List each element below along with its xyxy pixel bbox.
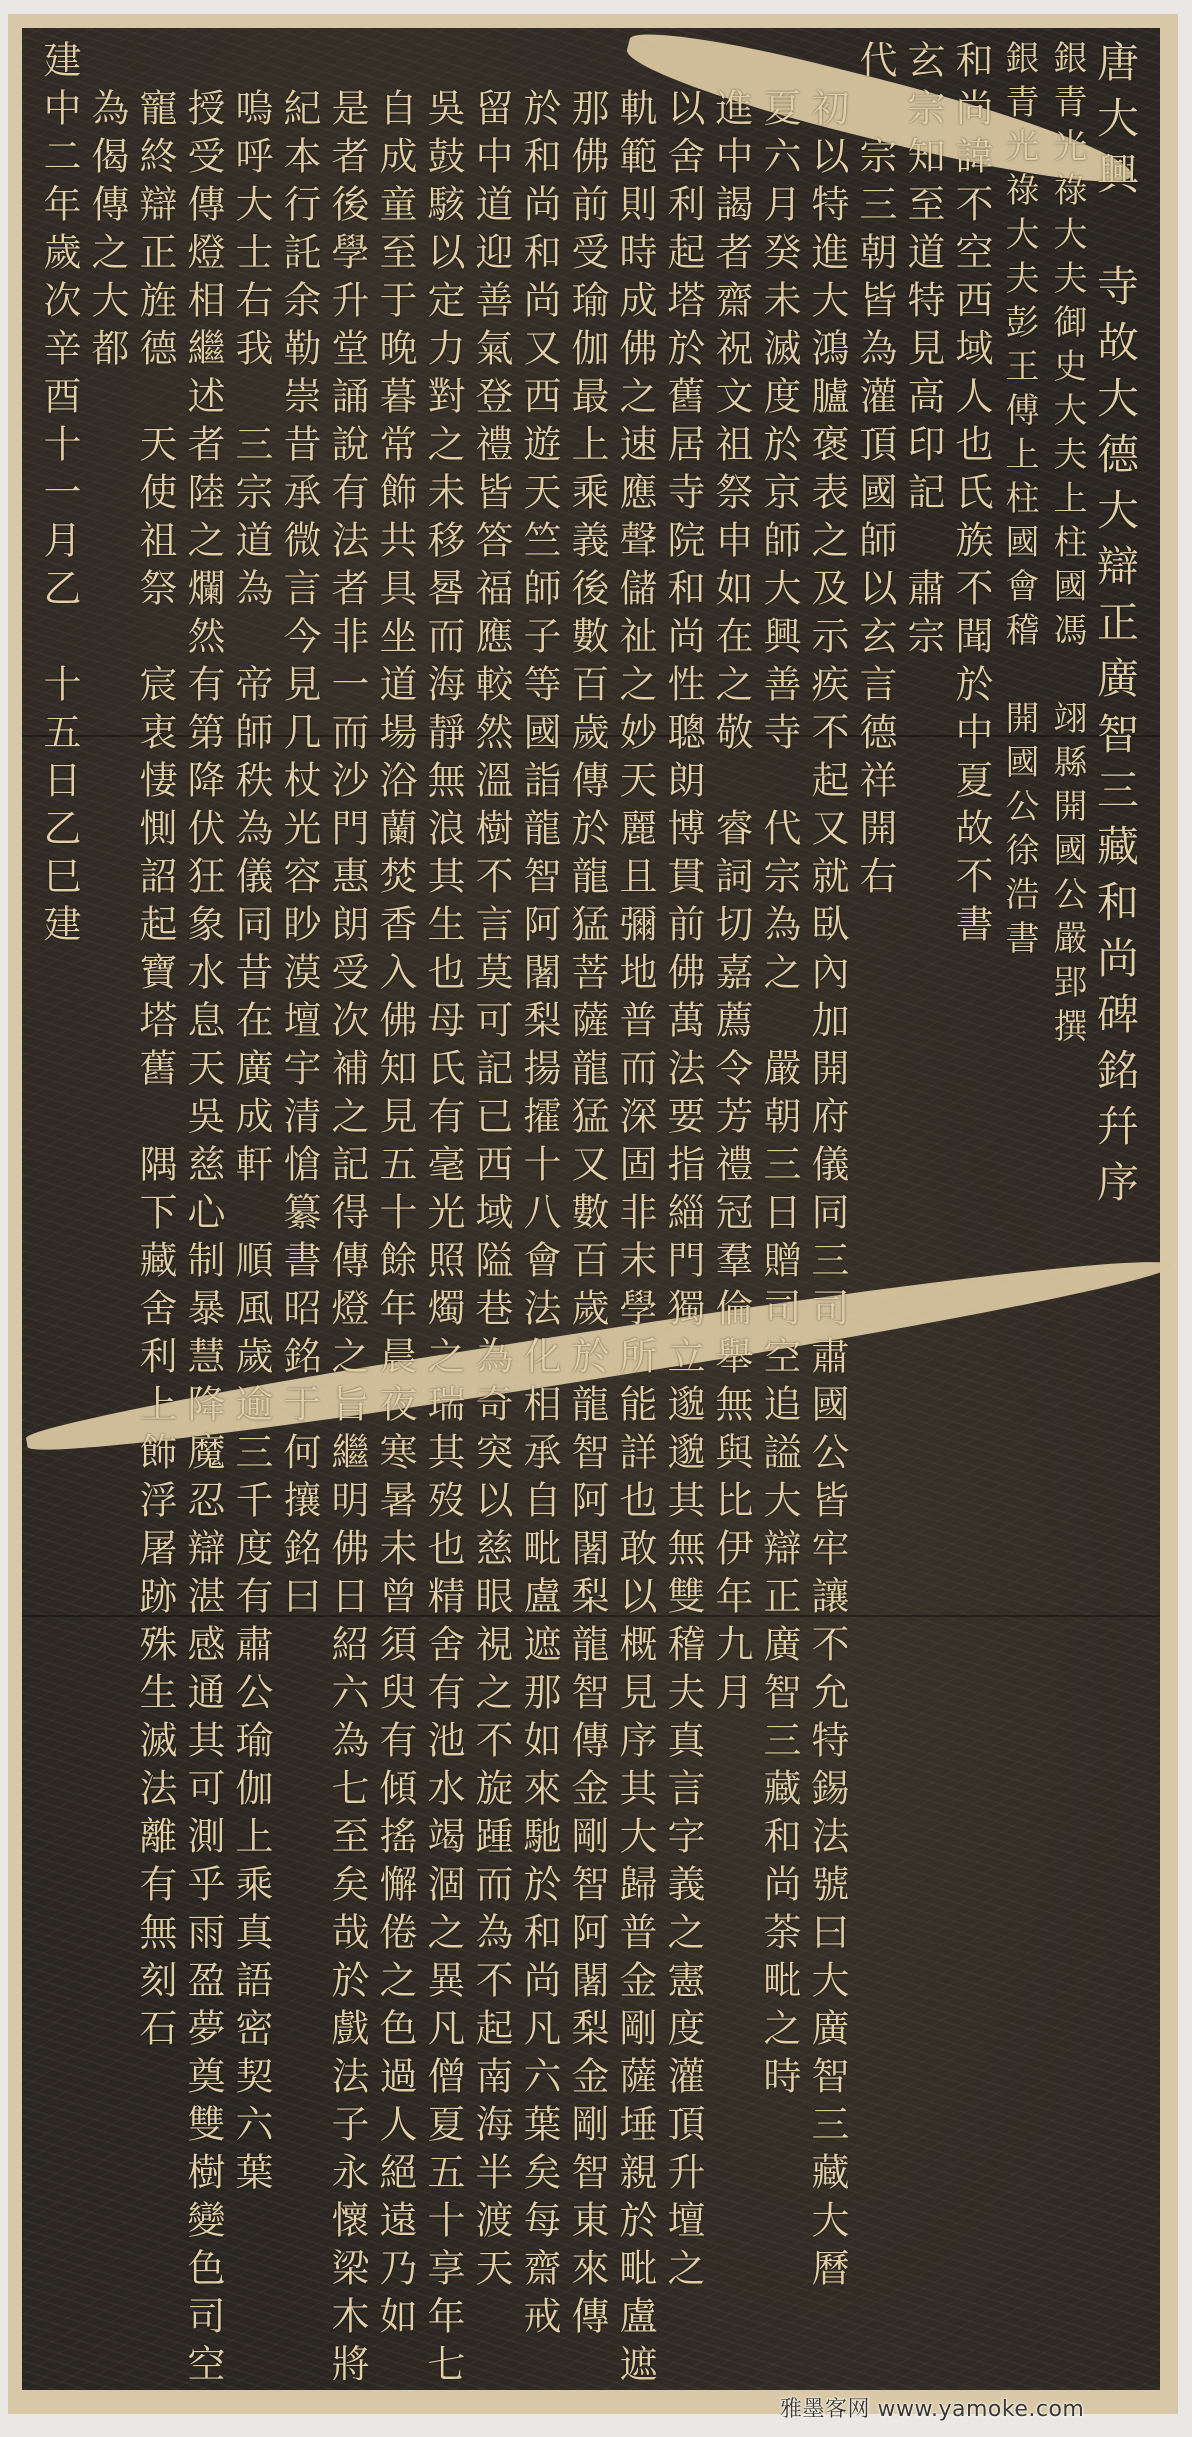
inscription-title-column: 唐大興 寺故大德大辯正廣智三藏和尚碑銘幷序 [1096, 40, 1140, 2380]
inscription-column: 授受傳燈相繼述者陸之爛然有第降伏狂象水息天吳慈心制暴慧降魔忍辯湛感通其可測乎雨盈… [184, 40, 228, 2380]
inscription-column: 玄宗知至道特見高印記 肅宗 [904, 40, 948, 2380]
watermark: 雅墨客网 www.yamoke.com [780, 2392, 1084, 2423]
date-column: 建中二年歲次辛酉十一月乙 十五日乙巳建 [40, 40, 84, 2380]
calligrapher-credit-column: 銀青光祿大夫彭王傅上柱國會稽 開國公徐浩書 [1000, 40, 1044, 2380]
watermark-site-name: 雅墨客网 [780, 2397, 870, 2422]
inscription-column: 那佛前受瑜伽最上乘義後數百歲傳於龍猛菩薩龍猛又數百歲於龍智阿闍梨龍智傳金剛智阿闍… [568, 40, 612, 2380]
inscription-column: 於和尚和尚又西遊天竺師子等國詣龍智阿闍梨揚攉十八會法化相承自毗盧遮那如來馳於和尚… [520, 40, 564, 2380]
inscription-column: 紀本行託余勒崇昔承微言今見几杖光容眇漠壇宇清愴纂書昭銘于何攘銘曰 [280, 40, 324, 2380]
watermark-url: www.yamoke.com [878, 2397, 1085, 2422]
inscription-column: 以舍利起塔於舊居寺院和尚性聰朗博貫前佛萬法要指緇門獨立邈邈其無雙稽夫真言字義之憲… [664, 40, 708, 2380]
inscription-column: 和尚諱不空西域人也氏族不聞於中夏故不書 [952, 40, 996, 2380]
inscription-column: 夏六月癸未滅度於京師大興善寺 代宗為之 嚴朝三日贈司空追謚大辯正廣智三藏和尚荼毗… [760, 40, 804, 2380]
inscription-column: 自成童至于晚暮常飾共具坐道場浴蘭焚香入佛知見五十餘年晨夜寒暑未曾須臾有傾搖懈倦之… [376, 40, 420, 2380]
inscription-column: 留中道迎善氣登禮皆答福應較然溫樹不言莫可記已西域隘巷為奇突以慈眼視之不旋踵而為不… [472, 40, 516, 2380]
inscription-column: 軌範則時成佛之速應聲儲祉之妙天麗且彌地普而深固非末學所能詳也敢以概見序其大歸普金… [616, 40, 660, 2380]
inscription-column: 初以特進大鴻臚褒表之及示疾不起又就臥內加開府儀同三司肅國公皆牢讓不允特錫法號曰大… [808, 40, 852, 2380]
inscription-column: 寵終辯正旌德 天使祖祭 宸衷悽惻詔起寶塔舊 隅下藏舍利上飾浮屠跡殊生滅法離有無刻… [136, 40, 180, 2380]
inscription-column: 代 宗三朝皆為灌頂國師以玄言德祥開右 [856, 40, 900, 2380]
inscription-column: 吳鼓駭以定力對之未移晷而海靜無浪其生也母氏有毫光照燭之瑞其歿也精舍有池水竭涸之異… [424, 40, 468, 2380]
inscription-column: 進中謁者齋祝文祖祭申如在之敬 睿詞切嘉薦令芳禮冠羣倫舉無與比伊年九月 [712, 40, 756, 2380]
author-credit-column: 銀青光祿大夫御史大夫上柱國馮 翊縣開國公嚴郢撰 [1048, 40, 1092, 2380]
inscription-column: 是者後學升堂誦說有法者非一而沙門惠朗受次補之記得傳燈之旨繼明佛日紹六為七至矣哉於… [328, 40, 372, 2380]
inscription-column: 為偈傳之大都 [88, 40, 132, 2380]
inscription-columns: 唐大興 寺故大德大辯正廣智三藏和尚碑銘幷序 銀青光祿大夫御史大夫上柱國馮 翊縣開… [22, 40, 1160, 2380]
inscription-column: 嗚呼大士右我 三宗道為 帝師秩為儀同昔在廣成軒 順風歲逾三千度有肅公瑜伽上乘真語… [232, 40, 276, 2380]
